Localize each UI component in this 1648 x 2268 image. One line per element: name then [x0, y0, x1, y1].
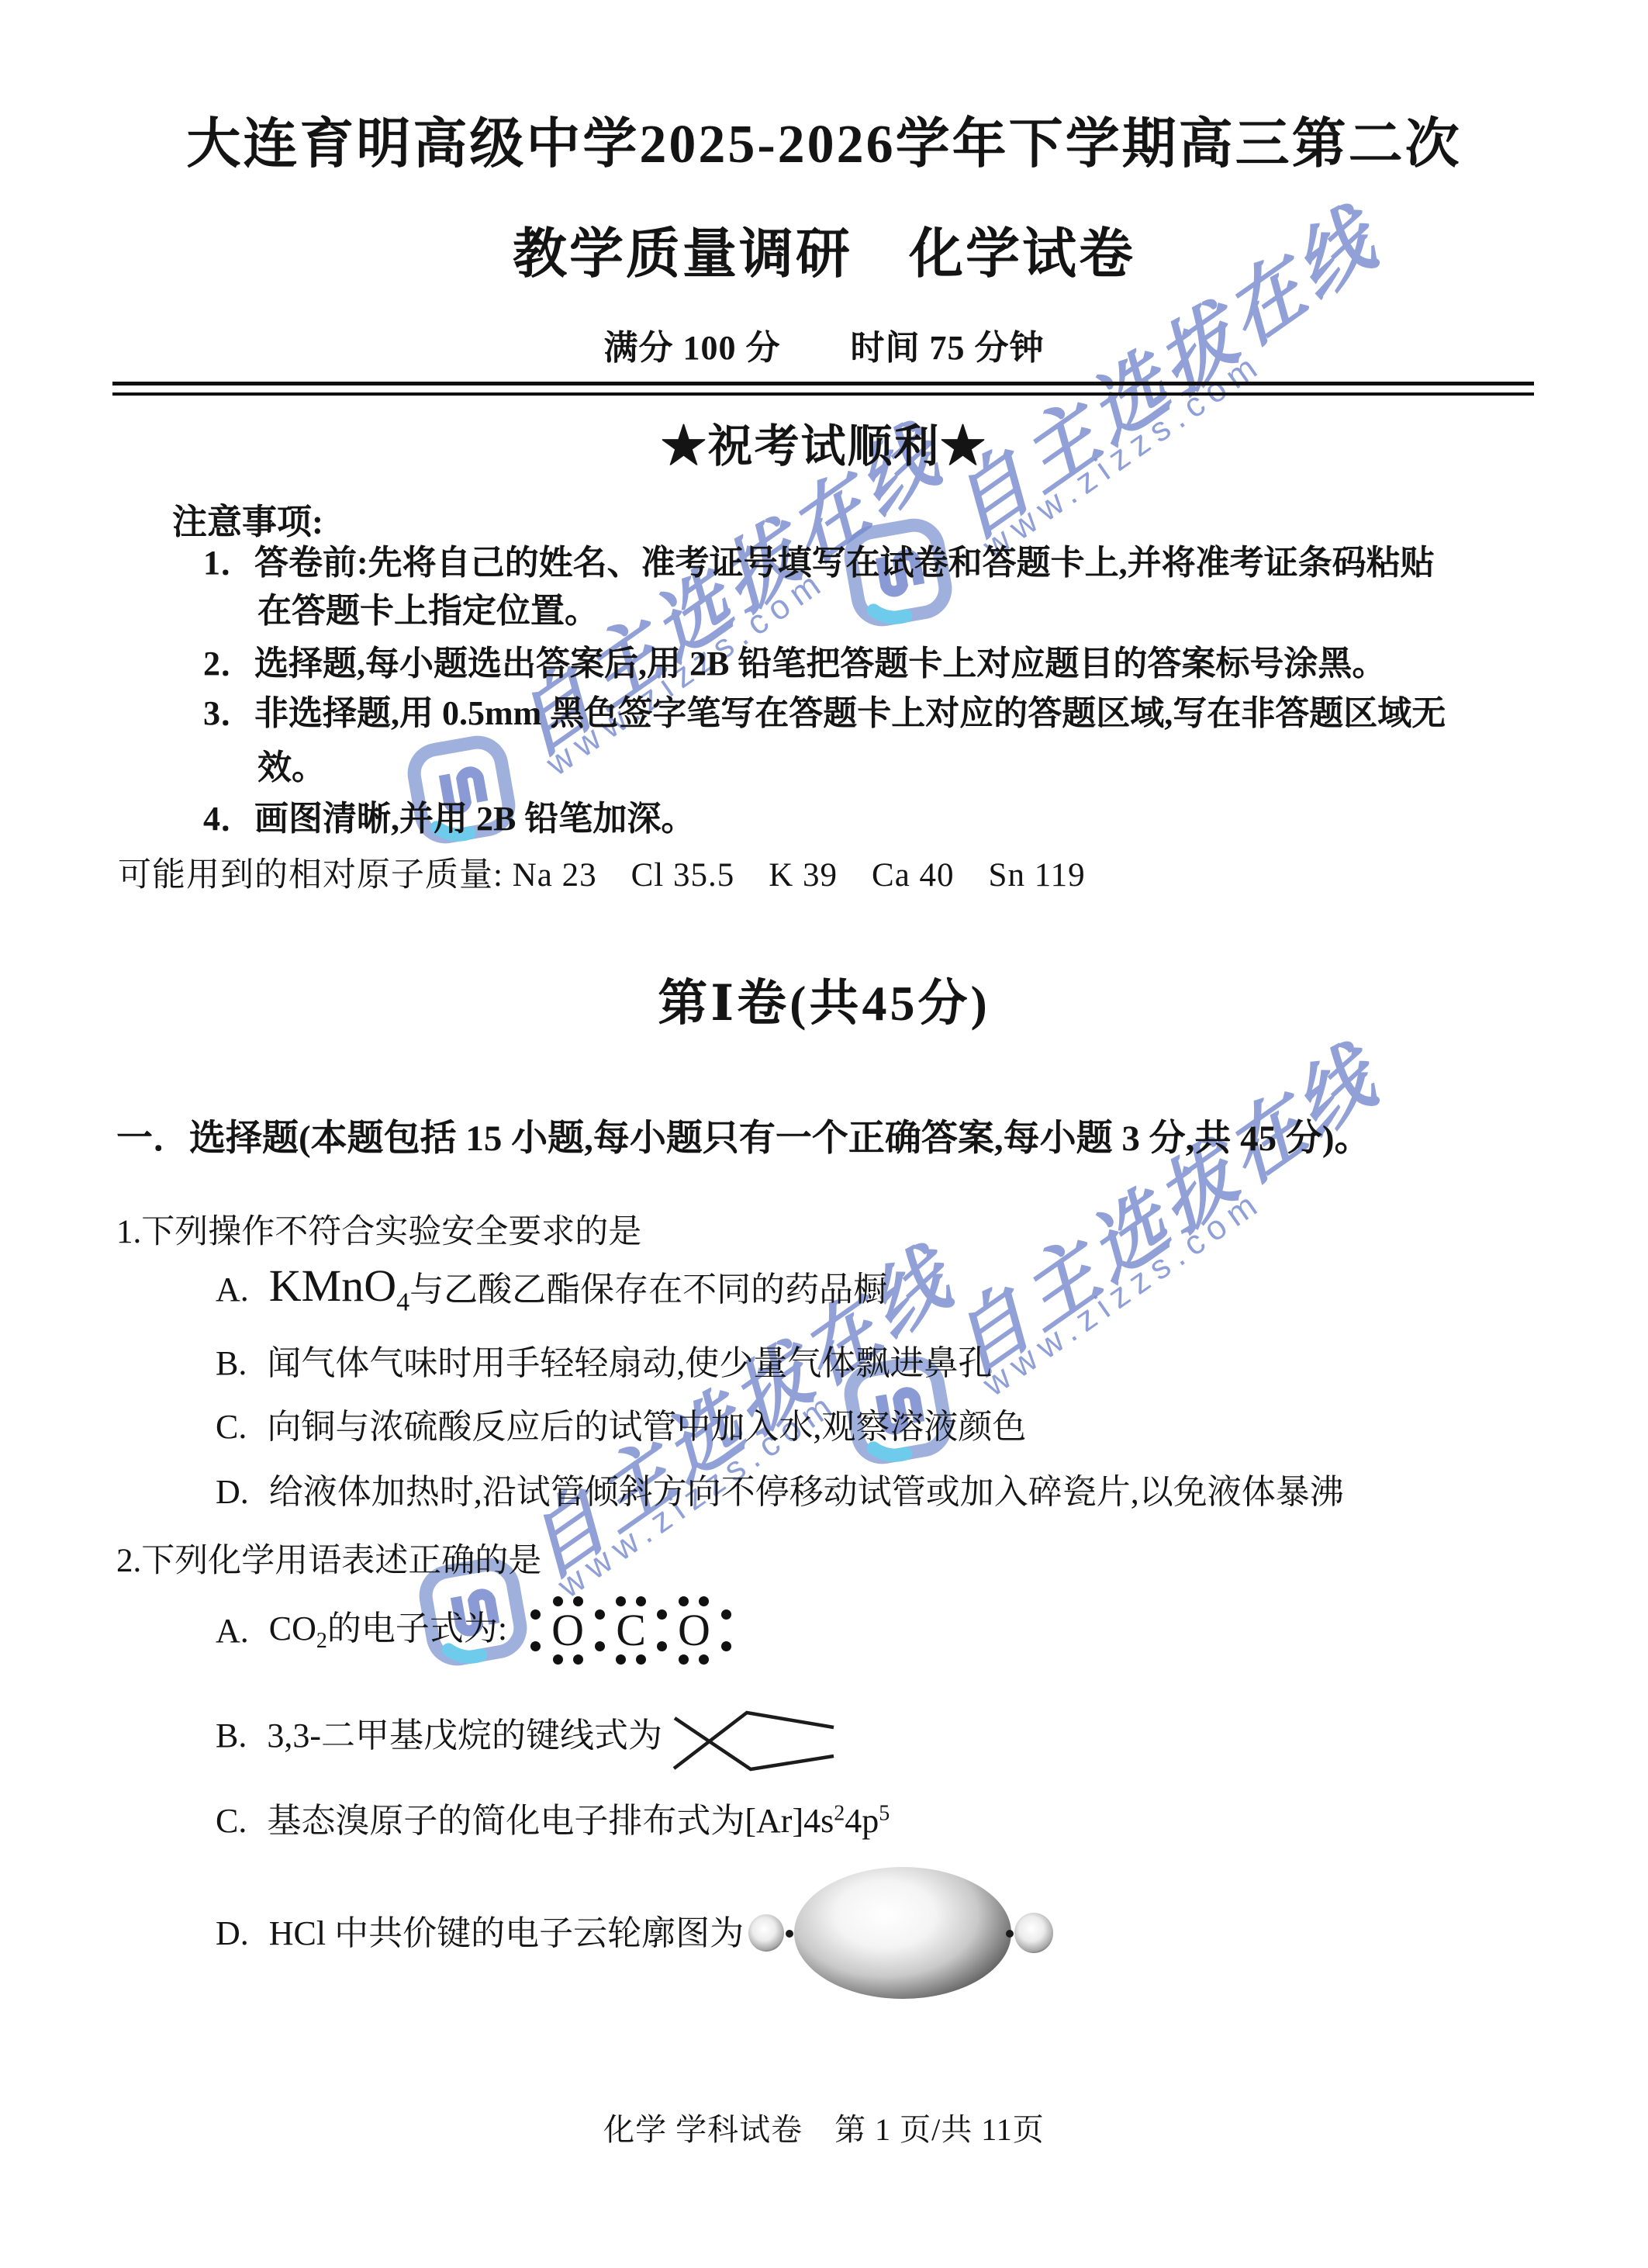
option-label: B.: [216, 1714, 247, 1757]
notice-item-1-line2: 在答题卡上指定位置。: [257, 589, 1591, 632]
option-text: HCl 中共价键的电子云轮廓图为: [269, 1912, 744, 1955]
notice-heading: 注意事项:: [172, 493, 323, 544]
option-label: A.: [216, 1271, 249, 1309]
lewis-atom-o-right: O: [678, 1596, 710, 1665]
lewis-colon: [530, 1609, 541, 1651]
section1-heading: 一．选择题(本题包括 15 小题,每小题只有一个正确答案,每小题 3 分,共 4…: [116, 1109, 1590, 1161]
notice-item-2: 2．选择题,每小题选出答案后,用 2B 铅笔把答题卡上对应题目的答案标号涂黑。: [203, 642, 1537, 685]
option-text: 向铜与浓硫酸反应后的试管中加入水,观察溶液颜色: [267, 1408, 1026, 1446]
option-text: 与乙酸乙酯保存在不同的药品橱: [409, 1271, 887, 1309]
lewis-atom-o-left: O: [551, 1596, 584, 1665]
question-2-option-a: A. CO2的电子式为: O C O: [216, 1584, 731, 1677]
double-rule-divider: [112, 382, 1534, 396]
question-1-option-d: D.给液体加热时,沿试管倾斜方向不停移动试管或加入碎瓷片,以免液体暴沸: [216, 1471, 1344, 1513]
option-text: 3,3-二甲基戊烷的键线式为: [267, 1714, 662, 1757]
atomic-masses-line: 可能用到的相对原子质量: Na 23 Cl 35.5 K 39 Ca 40 Sn…: [118, 849, 1086, 896]
lewis-colon: [657, 1609, 667, 1651]
watermark-url: www.zizzs.com: [976, 1182, 1270, 1405]
connector-dot: [1006, 1930, 1014, 1938]
exam-paper-page: 自主选拔在线 www.zizzs.com 自主选拔在线 www.zizzs.co…: [0, 0, 1648, 2268]
blessing-line: ★祝考试顺利★: [0, 410, 1648, 475]
small-sphere-left: [748, 1914, 784, 1952]
chemical-formula-kmno4: KMnO4: [269, 1260, 409, 1311]
question-2-stem: 2.下列化学用语表述正确的是: [116, 1534, 541, 1582]
small-sphere-right: [1014, 1913, 1053, 1953]
watermark-text: 自主选拔在线: [929, 1012, 1395, 1398]
lewis-colon: [595, 1609, 605, 1651]
option-text: 闻气体气味时用手轻轻扇动,使少量气体飘进鼻孔: [267, 1344, 992, 1382]
notice-item-3-line1: 3．非选择题,用 0.5mm 黑色签字笔写在答题卡上对应的答题区域,写在非答题区…: [203, 692, 1537, 735]
option-label: B.: [216, 1344, 247, 1382]
co2-lewis-structure: O C O: [530, 1596, 731, 1665]
page-title-line2: 教学质量调研 化学试卷: [0, 225, 1648, 285]
notice-item-1-line1: 1．答卷前:先将自己的姓名、准考证号填写在试卷和答题卡上,并将准考证条码粘贴: [203, 541, 1537, 584]
question-1-option-a: A.KMnO4与乙酸乙酯保存在不同的药品橱: [216, 1258, 887, 1319]
score-time-line: 满分 100 分 时间 75 分钟: [0, 320, 1648, 369]
notice-item-3-line2: 效。: [257, 746, 1591, 789]
notice-item-4: 4．画图清晰,并用 2B 铅笔加深。: [203, 797, 1537, 840]
question-1-option-b: B.闻气体气味时用手轻轻扇动,使少量气体飘进鼻孔: [216, 1342, 992, 1385]
page-footer: 化学 学科试卷 第 1 页/共 11页: [0, 2105, 1648, 2149]
part1-title: 第Ⅰ卷(共45分): [0, 963, 1648, 1035]
option-label: C.: [216, 1408, 247, 1446]
question-1-stem: 1.下列操作不符合实验安全要求的是: [116, 1205, 641, 1253]
electron-cloud-diagram: [747, 1863, 1065, 2003]
option-label: D.: [216, 1912, 249, 1955]
question-1-option-c: C.向铜与浓硫酸反应后的试管中加入水,观察溶液颜色: [216, 1405, 1026, 1448]
option-text: 给液体加热时,沿试管倾斜方向不停移动试管或加入碎瓷片,以免液体暴沸: [269, 1473, 1344, 1511]
option-text: 基态溴原子的简化电子排布式为[Ar]4s24p5: [267, 1802, 890, 1840]
option-label: C.: [216, 1802, 247, 1840]
question-2-option-c: C.基态溴原子的简化电子排布式为[Ar]4s24p5: [216, 1800, 890, 1842]
lewis-colon: [721, 1609, 731, 1651]
bond-electron-cloud-ellipsoid: [794, 1867, 1011, 1999]
skeletal-formula-dimethylpentane: [670, 1696, 839, 1775]
option-text: CO2的电子式为:: [269, 1607, 507, 1654]
connector-dot: [786, 1930, 793, 1938]
option-label: A.: [216, 1609, 249, 1652]
page-title-line1: 大连育明高级中学2025-2026学年下学期高三第二次: [0, 115, 1648, 175]
question-2-option-b: B. 3,3-二甲基戊烷的键线式为: [216, 1691, 839, 1780]
question-2-option-d: D. HCl 中共价键的电子云轮廓图为: [216, 1863, 1065, 2003]
lewis-atom-c: C: [616, 1596, 646, 1665]
option-label: D.: [216, 1473, 249, 1511]
